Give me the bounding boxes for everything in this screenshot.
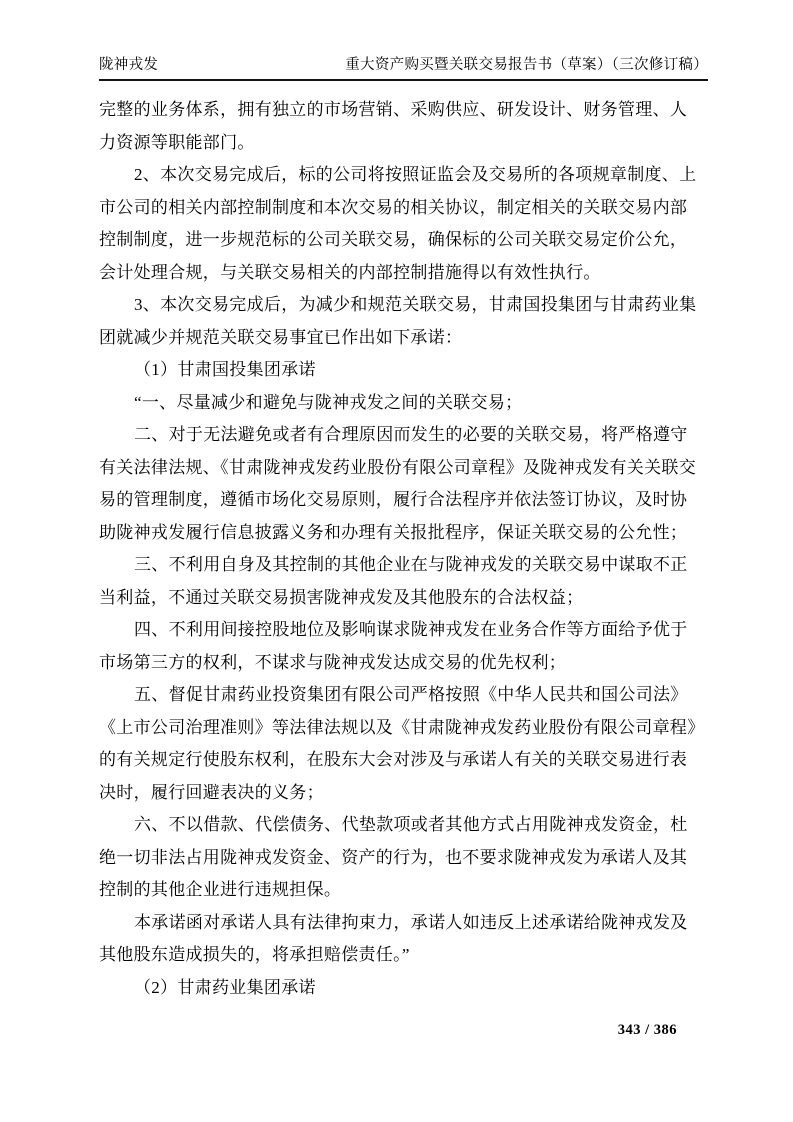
text-line: （2）甘肃药业集团承诺 bbox=[99, 972, 708, 1005]
paragraph: 三、不利用自身及其控制的其他企业在与陇神戎发的关联交易中谋取不正当利益，不通过关… bbox=[99, 549, 708, 614]
text-line: 六、不以借款、代偿债务、代垫款项或者其他方式占用陇神戎发资金，杜 bbox=[99, 809, 708, 842]
page-header: 陇神戎发 重大资产购买暨关联交易报告书（草案）（三次修订稿） bbox=[99, 53, 708, 81]
text-line: 市场第三方的权利，不谋求与陇神戎发达成交易的优先权利； bbox=[99, 647, 708, 680]
text-line: 有关法律法规、《甘肃陇神戎发药业股份有限公司章程》及陇神戎发有关关联交 bbox=[99, 452, 708, 485]
header-report-title: 重大资产购买暨关联交易报告书（草案）（三次修订稿） bbox=[345, 53, 708, 74]
text-line: 四、不利用间接控股地位及影响谋求陇神戎发在业务合作等方面给予优于 bbox=[99, 614, 708, 647]
text-line: （1）甘肃国投集团承诺 bbox=[99, 354, 708, 387]
text-line: 绝一切非法占用陇神戎发资金、资产的行为，也不要求陇神戎发为承诺人及其 bbox=[99, 842, 708, 875]
text-line: 完整的业务体系，拥有独立的市场营销、采购供应、研发设计、财务管理、人 bbox=[99, 94, 708, 127]
paragraph: 3、本次交易完成后，为减少和规范关联交易，甘肃国投集团与甘肃药业集团就减少并规范… bbox=[99, 289, 708, 354]
text-line: 控制制度，进一步规范标的公司关联交易，确保标的公司关联交易定价公允， bbox=[99, 224, 708, 257]
page-number: 343 / 386 bbox=[618, 1022, 677, 1039]
paragraph: “一、尽量减少和避免与陇神戎发之间的关联交易； bbox=[99, 387, 708, 420]
text-line: 决时，履行回避表决的义务； bbox=[99, 777, 708, 810]
text-line: 《上市公司治理准则》等法律法规以及《甘肃陇神戎发药业股份有限公司章程》 bbox=[99, 712, 708, 745]
text-line: 市公司的相关内部控制制度和本次交易的相关协议，制定相关的关联交易内部 bbox=[99, 192, 708, 225]
text-line: 本承诺函对承诺人具有法律拘束力，承诺人如违反上述承诺给陇神戎发及 bbox=[99, 907, 708, 940]
text-line: 二、对于无法避免或者有合理原因而发生的必要的关联交易，将严格遵守 bbox=[99, 419, 708, 452]
paragraph: 四、不利用间接控股地位及影响谋求陇神戎发在业务合作等方面给予优于市场第三方的权利… bbox=[99, 614, 708, 679]
text-line: 五、督促甘肃药业投资集团有限公司严格按照《中华人民共和国公司法》 bbox=[99, 679, 708, 712]
text-line: 3、本次交易完成后，为减少和规范关联交易，甘肃国投集团与甘肃药业集 bbox=[99, 289, 708, 322]
document-page: 陇神戎发 重大资产购买暨关联交易报告书（草案）（三次修订稿） 完整的业务体系，拥… bbox=[0, 0, 793, 1122]
text-line: 三、不利用自身及其控制的其他企业在与陇神戎发的关联交易中谋取不正 bbox=[99, 549, 708, 582]
paragraph: 2、本次交易完成后，标的公司将按照证监会及交易所的各项规章制度、上市公司的相关内… bbox=[99, 159, 708, 289]
paragraph: 二、对于无法避免或者有合理原因而发生的必要的关联交易，将严格遵守有关法律法规、《… bbox=[99, 419, 708, 549]
paragraph: （1）甘肃国投集团承诺 bbox=[99, 354, 708, 387]
paragraph: 五、督促甘肃药业投资集团有限公司严格按照《中华人民共和国公司法》《上市公司治理准… bbox=[99, 679, 708, 809]
paragraph: （2）甘肃药业集团承诺 bbox=[99, 972, 708, 1005]
paragraph: 六、不以借款、代偿债务、代垫款项或者其他方式占用陇神戎发资金，杜绝一切非法占用陇… bbox=[99, 809, 708, 907]
text-line: 团就减少并规范关联交易事宜已作出如下承诺： bbox=[99, 322, 708, 355]
header-company-name: 陇神戎发 bbox=[99, 53, 158, 74]
text-line: 力资源等职能部门。 bbox=[99, 127, 708, 160]
paragraph: 完整的业务体系，拥有独立的市场营销、采购供应、研发设计、财务管理、人力资源等职能… bbox=[99, 94, 708, 159]
paragraph: 本承诺函对承诺人具有法律拘束力，承诺人如违反上述承诺给陇神戎发及其他股东造成损失… bbox=[99, 907, 708, 972]
text-line: “一、尽量减少和避免与陇神戎发之间的关联交易； bbox=[99, 387, 708, 420]
text-line: 的有关规定行使股东权利，在股东大会对涉及与承诺人有关的关联交易进行表 bbox=[99, 744, 708, 777]
text-line: 控制的其他企业进行违规担保。 bbox=[99, 874, 708, 907]
text-line: 易的管理制度，遵循市场化交易原则，履行合法程序并依法签订协议，及时协 bbox=[99, 484, 708, 517]
text-line: 其他股东造成损失的，将承担赔偿责任。” bbox=[99, 939, 708, 972]
document-body: 完整的业务体系，拥有独立的市场营销、采购供应、研发设计、财务管理、人力资源等职能… bbox=[99, 94, 708, 1004]
text-line: 当利益，不通过关联交易损害陇神戎发及其他股东的合法权益； bbox=[99, 582, 708, 615]
text-line: 会计处理合规，与关联交易相关的内部控制措施得以有效性执行。 bbox=[99, 257, 708, 290]
text-line: 2、本次交易完成后，标的公司将按照证监会及交易所的各项规章制度、上 bbox=[99, 159, 708, 192]
text-line: 助陇神戎发履行信息披露义务和办理有关报批程序，保证关联交易的公允性； bbox=[99, 517, 708, 550]
